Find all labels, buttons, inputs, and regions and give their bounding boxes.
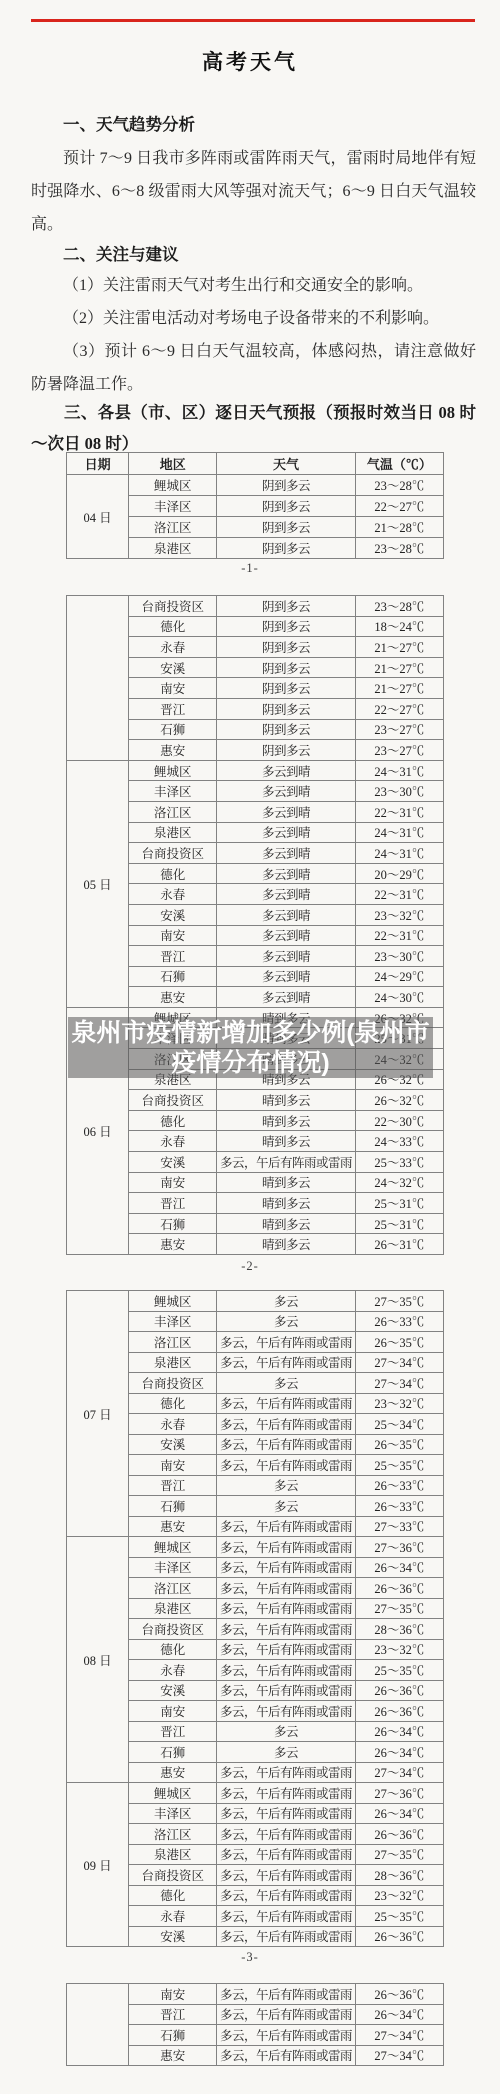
weather-cell: 多云，午后有阵雨或雷雨 xyxy=(217,1885,355,1906)
weather-cell: 阴到多云 xyxy=(217,538,355,559)
section-3-heading: 三、各县（市、区）逐日天气预报（预报时效当日 08 时～次日 08 时） xyxy=(31,397,476,459)
temp-cell: 24～31℃ xyxy=(355,843,443,864)
column-header: 天气 xyxy=(217,453,355,475)
region-cell: 丰泽区 xyxy=(129,1311,217,1332)
weather-cell: 多云，午后有阵雨或雷雨 xyxy=(217,1783,355,1804)
document-title: 高考天气 xyxy=(0,46,500,76)
temp-cell: 26～34℃ xyxy=(355,2004,443,2025)
weather-cell: 多云，午后有阵雨或雷雨 xyxy=(217,1844,355,1865)
suggestion-item: （2）关注雷电活动对考场电子设备带来的不利影响。 xyxy=(31,302,476,335)
weather-cell: 晴到多云 xyxy=(217,1110,355,1131)
region-cell: 安溪 xyxy=(129,1434,217,1455)
weather-cell: 多云，午后有阵雨或雷雨 xyxy=(217,1639,355,1660)
temp-cell: 26～35℃ xyxy=(355,1332,443,1353)
temp-cell: 27～35℃ xyxy=(355,1291,443,1312)
weather-cell: 阴到多云 xyxy=(217,719,355,740)
temp-cell: 26～33℃ xyxy=(355,1496,443,1517)
region-cell: 泉港区 xyxy=(129,1844,217,1865)
date-cell xyxy=(67,1984,129,2066)
weather-cell: 多云，午后有阵雨或雷雨 xyxy=(217,1455,355,1476)
weather-cell: 多云到晴 xyxy=(217,904,355,925)
temp-cell: 22～31℃ xyxy=(355,801,443,822)
temp-cell: 23～28℃ xyxy=(355,538,443,559)
weather-cell: 多云，午后有阵雨或雷雨 xyxy=(217,1701,355,1722)
region-cell: 鲤城区 xyxy=(129,1291,217,1312)
temp-cell: 23～32℃ xyxy=(355,1393,443,1414)
region-cell: 丰泽区 xyxy=(129,496,217,517)
weather-cell: 多云，午后有阵雨或雷雨 xyxy=(217,1152,355,1173)
region-cell: 丰泽区 xyxy=(129,781,217,802)
region-cell: 安溪 xyxy=(129,1926,217,1947)
temp-cell: 22～30℃ xyxy=(355,1110,443,1131)
temp-cell: 21～28℃ xyxy=(355,517,443,538)
forecast-table-page-3: 07 日鲤城区多云27～35℃丰泽区多云26～33℃洛江区多云，午后有阵雨或雷雨… xyxy=(66,1290,444,1947)
region-cell: 惠安 xyxy=(129,987,217,1008)
temp-cell: 23～32℃ xyxy=(355,904,443,925)
weather-cell: 阴到多云 xyxy=(217,698,355,719)
temp-cell: 23～32℃ xyxy=(355,1885,443,1906)
region-cell: 洛江区 xyxy=(129,1578,217,1599)
temp-cell: 20～29℃ xyxy=(355,863,443,884)
weather-cell: 多云，午后有阵雨或雷雨 xyxy=(217,1598,355,1619)
region-cell: 石狮 xyxy=(129,966,217,987)
temp-cell: 24～31℃ xyxy=(355,822,443,843)
date-cell: 04 日 xyxy=(67,475,129,559)
temp-cell: 26～34℃ xyxy=(355,1721,443,1742)
temp-cell: 21～27℃ xyxy=(355,637,443,658)
region-cell: 惠安 xyxy=(129,2045,217,2066)
temp-cell: 26～34℃ xyxy=(355,1803,443,1824)
region-cell: 石狮 xyxy=(129,1496,217,1517)
weather-cell: 多云，午后有阵雨或雷雨 xyxy=(217,1762,355,1783)
section-1-heading: 一、天气趋势分析 xyxy=(63,110,195,140)
column-header: 气温（℃） xyxy=(355,453,443,475)
temp-cell: 25～31℃ xyxy=(355,1193,443,1214)
weather-cell: 多云 xyxy=(217,1742,355,1763)
forecast-table-page-1: 日期地区天气气温（℃）04 日鲤城区阴到多云23～28℃丰泽区阴到多云22～27… xyxy=(66,452,444,559)
forecast-row: 04 日鲤城区阴到多云23～28℃ xyxy=(67,475,444,496)
temp-cell: 25～35℃ xyxy=(355,1660,443,1681)
region-cell: 晋江 xyxy=(129,1193,217,1214)
region-cell: 鲤城区 xyxy=(129,1537,217,1558)
temp-cell: 27～35℃ xyxy=(355,1598,443,1619)
region-cell: 鲤城区 xyxy=(129,475,217,496)
weather-cell: 多云到晴 xyxy=(217,781,355,802)
weather-cell: 多云 xyxy=(217,1475,355,1496)
temp-cell: 28～36℃ xyxy=(355,1865,443,1886)
temp-cell: 26～34℃ xyxy=(355,1557,443,1578)
temp-cell: 26～32℃ xyxy=(355,1090,443,1111)
temp-cell: 24～30℃ xyxy=(355,987,443,1008)
temp-cell: 26～36℃ xyxy=(355,1680,443,1701)
temp-cell: 18～24℃ xyxy=(355,616,443,637)
temp-cell: 23～30℃ xyxy=(355,781,443,802)
temp-cell: 26～36℃ xyxy=(355,1926,443,1947)
region-cell: 晋江 xyxy=(129,698,217,719)
forecast-row: 07 日鲤城区多云27～35℃ xyxy=(67,1291,444,1312)
temp-cell: 26～34℃ xyxy=(355,1742,443,1763)
temp-cell: 24～29℃ xyxy=(355,966,443,987)
weather-cell: 阴到多云 xyxy=(217,678,355,699)
region-cell: 鲤城区 xyxy=(129,760,217,781)
forecast-row: 09 日鲤城区多云，午后有阵雨或雷雨27～36℃ xyxy=(67,1783,444,1804)
temp-cell: 23～28℃ xyxy=(355,475,443,496)
temp-cell: 27～34℃ xyxy=(355,2045,443,2066)
temp-cell: 26～31℃ xyxy=(355,1234,443,1255)
region-cell: 晋江 xyxy=(129,2004,217,2025)
region-cell: 泉港区 xyxy=(129,822,217,843)
date-cell: 08 日 xyxy=(67,1537,129,1783)
weather-cell: 阴到多云 xyxy=(217,475,355,496)
temp-cell: 23～32℃ xyxy=(355,1639,443,1660)
weather-cell: 阴到多云 xyxy=(217,740,355,761)
weather-cell: 晴到多云 xyxy=(217,1213,355,1234)
forecast-row: 南安多云，午后有阵雨或雷雨26～36℃ xyxy=(67,1984,444,2005)
weather-cell: 多云到晴 xyxy=(217,966,355,987)
region-cell: 德化 xyxy=(129,1639,217,1660)
weather-cell: 多云，午后有阵雨或雷雨 xyxy=(217,1578,355,1599)
weather-cell: 多云，午后有阵雨或雷雨 xyxy=(217,1803,355,1824)
weather-cell: 晴到多云 xyxy=(217,1193,355,1214)
weather-cell: 多云，午后有阵雨或雷雨 xyxy=(217,2025,355,2046)
section-2-heading: 二、关注与建议 xyxy=(63,240,179,270)
region-cell: 泉港区 xyxy=(129,1598,217,1619)
weather-cell: 多云，午后有阵雨或雷雨 xyxy=(217,1434,355,1455)
region-cell: 永春 xyxy=(129,1906,217,1927)
temp-cell: 27～36℃ xyxy=(355,1537,443,1558)
temp-cell: 26～33℃ xyxy=(355,1311,443,1332)
weather-cell: 多云，午后有阵雨或雷雨 xyxy=(217,1984,355,2005)
date-cell: 05 日 xyxy=(67,760,129,1007)
forecast-table-page-2: 台商投资区阴到多云23～28℃德化阴到多云18～24℃永春阴到多云21～27℃安… xyxy=(66,595,444,1255)
temp-cell: 24～31℃ xyxy=(355,760,443,781)
column-header: 日期 xyxy=(67,453,129,475)
region-cell: 德化 xyxy=(129,616,217,637)
weather-cell: 多云到晴 xyxy=(217,884,355,905)
weather-cell: 多云，午后有阵雨或雷雨 xyxy=(217,1516,355,1537)
region-cell: 南安 xyxy=(129,1701,217,1722)
region-cell: 德化 xyxy=(129,1110,217,1131)
temp-cell: 27～35℃ xyxy=(355,1844,443,1865)
region-cell: 丰泽区 xyxy=(129,1803,217,1824)
region-cell: 石狮 xyxy=(129,719,217,740)
region-cell: 洛江区 xyxy=(129,517,217,538)
weather-cell: 多云到晴 xyxy=(217,863,355,884)
weather-cell: 多云，午后有阵雨或雷雨 xyxy=(217,1537,355,1558)
column-header: 地区 xyxy=(129,453,217,475)
region-cell: 惠安 xyxy=(129,1234,217,1255)
temp-cell: 26～36℃ xyxy=(355,1578,443,1599)
date-cell xyxy=(67,596,129,761)
temp-cell: 27～34℃ xyxy=(355,1373,443,1394)
weather-cell: 多云，午后有阵雨或雷雨 xyxy=(217,2045,355,2066)
weather-cell: 多云到晴 xyxy=(217,843,355,864)
section-1-paragraph: 预计 7～9 日我市多阵雨或雷阵雨天气，雷雨时局地伴有短时强降水、6～8 级雷雨… xyxy=(31,142,476,241)
region-cell: 安溪 xyxy=(129,657,217,678)
region-cell: 德化 xyxy=(129,863,217,884)
temp-cell: 25～34℃ xyxy=(355,1414,443,1435)
weather-cell: 多云，午后有阵雨或雷雨 xyxy=(217,1865,355,1886)
weather-cell: 阴到多云 xyxy=(217,496,355,517)
region-cell: 南安 xyxy=(129,925,217,946)
weather-cell: 多云，午后有阵雨或雷雨 xyxy=(217,1352,355,1373)
region-cell: 台商投资区 xyxy=(129,1090,217,1111)
region-cell: 泉港区 xyxy=(129,1352,217,1373)
weather-cell: 多云 xyxy=(217,1496,355,1517)
suggestion-item: （3）预计 6～9 日白天气温较高，体感闷热，请注意做好防暑降温工作。 xyxy=(31,335,476,401)
forecast-row: 台商投资区阴到多云23～28℃ xyxy=(67,596,444,617)
weather-cell: 多云 xyxy=(217,1291,355,1312)
forecast-row: 05 日鲤城区多云到晴24～31℃ xyxy=(67,760,444,781)
header-rule xyxy=(31,19,475,22)
weather-cell: 多云到晴 xyxy=(217,925,355,946)
weather-cell: 多云 xyxy=(217,1721,355,1742)
region-cell: 晋江 xyxy=(129,946,217,967)
document-page: 高考天气 一、天气趋势分析 预计 7～9 日我市多阵雨或雷阵雨天气，雷雨时局地伴… xyxy=(0,0,500,2094)
region-cell: 永春 xyxy=(129,884,217,905)
forecast-table-page-4: 南安多云，午后有阵雨或雷雨26～36℃晋江多云，午后有阵雨或雷雨26～34℃石狮… xyxy=(66,1983,444,2066)
weather-cell: 多云到晴 xyxy=(217,987,355,1008)
weather-cell: 多云到晴 xyxy=(217,801,355,822)
weather-cell: 阴到多云 xyxy=(217,616,355,637)
region-cell: 台商投资区 xyxy=(129,843,217,864)
weather-cell: 多云，午后有阵雨或雷雨 xyxy=(217,1619,355,1640)
region-cell: 洛江区 xyxy=(129,1332,217,1353)
weather-cell: 阴到多云 xyxy=(217,596,355,617)
weather-cell: 晴到多云 xyxy=(217,1234,355,1255)
weather-cell: 晴到多云 xyxy=(217,1131,355,1152)
weather-cell: 多云，午后有阵雨或雷雨 xyxy=(217,1680,355,1701)
page-number: -1- xyxy=(0,561,500,576)
region-cell: 惠安 xyxy=(129,1762,217,1783)
page-number: -2- xyxy=(0,1259,500,1274)
region-cell: 台商投资区 xyxy=(129,1865,217,1886)
weather-cell: 多云，午后有阵雨或雷雨 xyxy=(217,1414,355,1435)
region-cell: 泉港区 xyxy=(129,538,217,559)
weather-cell: 晴到多云 xyxy=(217,1172,355,1193)
temp-cell: 27～36℃ xyxy=(355,1783,443,1804)
region-cell: 台商投资区 xyxy=(129,1373,217,1394)
weather-cell: 阴到多云 xyxy=(217,517,355,538)
region-cell: 安溪 xyxy=(129,1680,217,1701)
weather-cell: 晴到多云 xyxy=(217,1090,355,1111)
temp-cell: 28～36℃ xyxy=(355,1619,443,1640)
region-cell: 惠安 xyxy=(129,740,217,761)
region-cell: 永春 xyxy=(129,1414,217,1435)
temp-cell: 25～35℃ xyxy=(355,1906,443,1927)
date-cell: 07 日 xyxy=(67,1291,129,1537)
temp-cell: 24～33℃ xyxy=(355,1131,443,1152)
region-cell: 石狮 xyxy=(129,2025,217,2046)
weather-cell: 多云到晴 xyxy=(217,760,355,781)
temp-cell: 26～33℃ xyxy=(355,1475,443,1496)
region-cell: 晋江 xyxy=(129,1721,217,1742)
temp-cell: 25～31℃ xyxy=(355,1213,443,1234)
table-header-row: 日期地区天气气温（℃） xyxy=(67,453,444,475)
weather-cell: 多云，午后有阵雨或雷雨 xyxy=(217,1824,355,1845)
region-cell: 德化 xyxy=(129,1393,217,1414)
region-cell: 丰泽区 xyxy=(129,1557,217,1578)
weather-cell: 多云到晴 xyxy=(217,822,355,843)
watermark-overlay: 泉州市疫情新增加多少例(泉州市疫情分布情况) xyxy=(68,1017,433,1078)
temp-cell: 23～28℃ xyxy=(355,596,443,617)
region-cell: 石狮 xyxy=(129,1213,217,1234)
region-cell: 鲤城区 xyxy=(129,1783,217,1804)
region-cell: 南安 xyxy=(129,1172,217,1193)
region-cell: 台商投资区 xyxy=(129,596,217,617)
region-cell: 石狮 xyxy=(129,1742,217,1763)
weather-cell: 阴到多云 xyxy=(217,637,355,658)
region-cell: 台商投资区 xyxy=(129,1619,217,1640)
temp-cell: 23～27℃ xyxy=(355,740,443,761)
temp-cell: 27～33℃ xyxy=(355,1516,443,1537)
region-cell: 南安 xyxy=(129,678,217,699)
temp-cell: 26～36℃ xyxy=(355,1824,443,1845)
region-cell: 南安 xyxy=(129,1455,217,1476)
region-cell: 安溪 xyxy=(129,904,217,925)
region-cell: 永春 xyxy=(129,1660,217,1681)
weather-cell: 多云，午后有阵雨或雷雨 xyxy=(217,1557,355,1578)
weather-cell: 多云，午后有阵雨或雷雨 xyxy=(217,1332,355,1353)
temp-cell: 26～36℃ xyxy=(355,1984,443,2005)
weather-cell: 多云，午后有阵雨或雷雨 xyxy=(217,1926,355,1947)
region-cell: 德化 xyxy=(129,1885,217,1906)
temp-cell: 26～36℃ xyxy=(355,1701,443,1722)
date-cell: 09 日 xyxy=(67,1783,129,1947)
temp-cell: 22～27℃ xyxy=(355,496,443,517)
temp-cell: 23～27℃ xyxy=(355,719,443,740)
section-2-list: （1）关注雷雨天气对考生出行和交通安全的影响。 （2）关注雷电活动对考场电子设备… xyxy=(31,269,476,401)
temp-cell: 27～34℃ xyxy=(355,2025,443,2046)
weather-cell: 多云到晴 xyxy=(217,946,355,967)
temp-cell: 22～31℃ xyxy=(355,925,443,946)
temp-cell: 21～27℃ xyxy=(355,657,443,678)
region-cell: 洛江区 xyxy=(129,801,217,822)
weather-cell: 多云，午后有阵雨或雷雨 xyxy=(217,1393,355,1414)
region-cell: 惠安 xyxy=(129,1516,217,1537)
suggestion-item: （1）关注雷雨天气对考生出行和交通安全的影响。 xyxy=(31,269,476,302)
temp-cell: 25～33℃ xyxy=(355,1152,443,1173)
forecast-row: 08 日鲤城区多云，午后有阵雨或雷雨27～36℃ xyxy=(67,1537,444,1558)
temp-cell: 23～30℃ xyxy=(355,946,443,967)
temp-cell: 25～35℃ xyxy=(355,1455,443,1476)
region-cell: 安溪 xyxy=(129,1152,217,1173)
temp-cell: 22～27℃ xyxy=(355,698,443,719)
region-cell: 永春 xyxy=(129,1131,217,1152)
page-number: -3- xyxy=(0,1950,500,1965)
region-cell: 南安 xyxy=(129,1984,217,2005)
weather-cell: 多云，午后有阵雨或雷雨 xyxy=(217,2004,355,2025)
weather-cell: 阴到多云 xyxy=(217,657,355,678)
region-cell: 晋江 xyxy=(129,1475,217,1496)
weather-cell: 多云 xyxy=(217,1311,355,1332)
temp-cell: 27～34℃ xyxy=(355,1352,443,1373)
temp-cell: 21～27℃ xyxy=(355,678,443,699)
temp-cell: 27～34℃ xyxy=(355,1762,443,1783)
temp-cell: 26～35℃ xyxy=(355,1434,443,1455)
weather-cell: 多云 xyxy=(217,1373,355,1394)
weather-cell: 多云，午后有阵雨或雷雨 xyxy=(217,1660,355,1681)
weather-cell: 多云，午后有阵雨或雷雨 xyxy=(217,1906,355,1927)
temp-cell: 24～32℃ xyxy=(355,1172,443,1193)
region-cell: 洛江区 xyxy=(129,1824,217,1845)
temp-cell: 22～31℃ xyxy=(355,884,443,905)
region-cell: 永春 xyxy=(129,637,217,658)
